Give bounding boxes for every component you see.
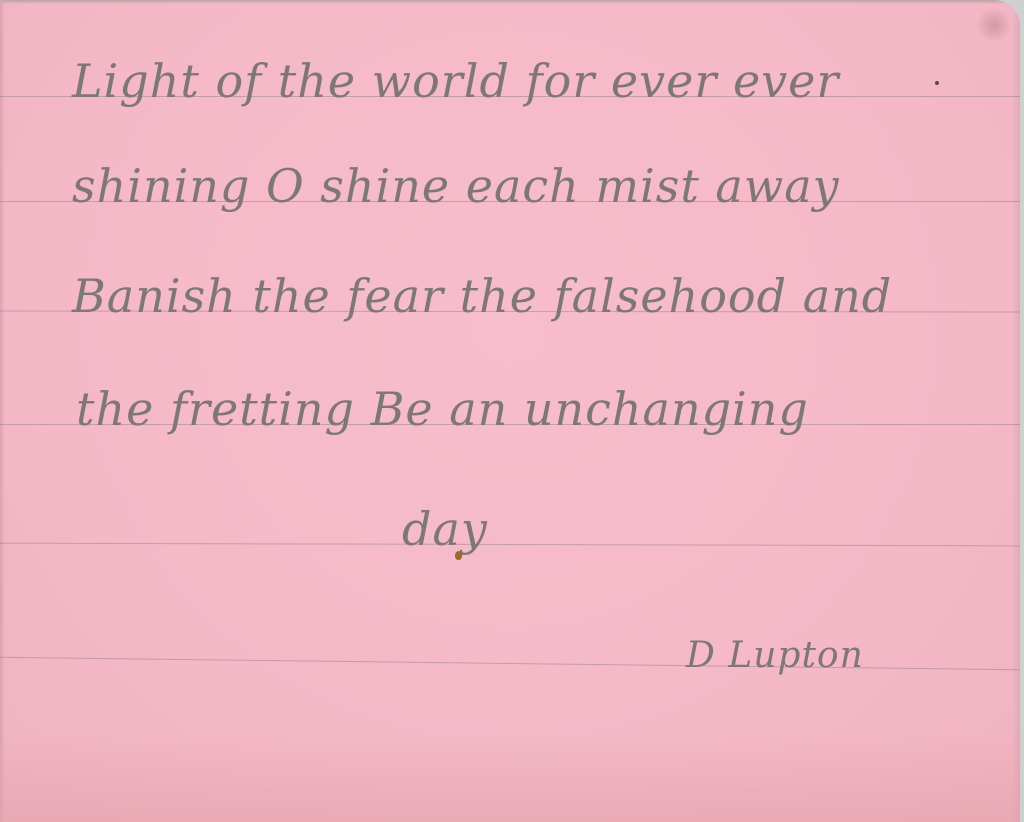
ruled-line-5 [0,543,1020,547]
paper-stain-corner [974,10,1014,40]
signature: D Lupton [686,638,864,674]
paper-stain-bottom [0,732,1020,822]
album-page: Light of the world for ever ever shining… [0,0,1020,822]
page-left-edge [0,0,5,822]
verse-line-3: Banish the fear the falsehood and [72,273,892,319]
verse-line-1: Light of the world for ever ever [72,58,839,104]
verse-line-2: shining O shine each mist away [72,163,840,209]
page-right-edge [1012,0,1020,822]
page-top-edge [0,0,1020,4]
verse-line-4: the fretting Be an unchanging [76,386,809,432]
verse-line-5: day [402,506,488,552]
pencil-dot [935,81,939,85]
ruled-line-6 [0,657,1020,670]
paper-speck [455,551,462,560]
